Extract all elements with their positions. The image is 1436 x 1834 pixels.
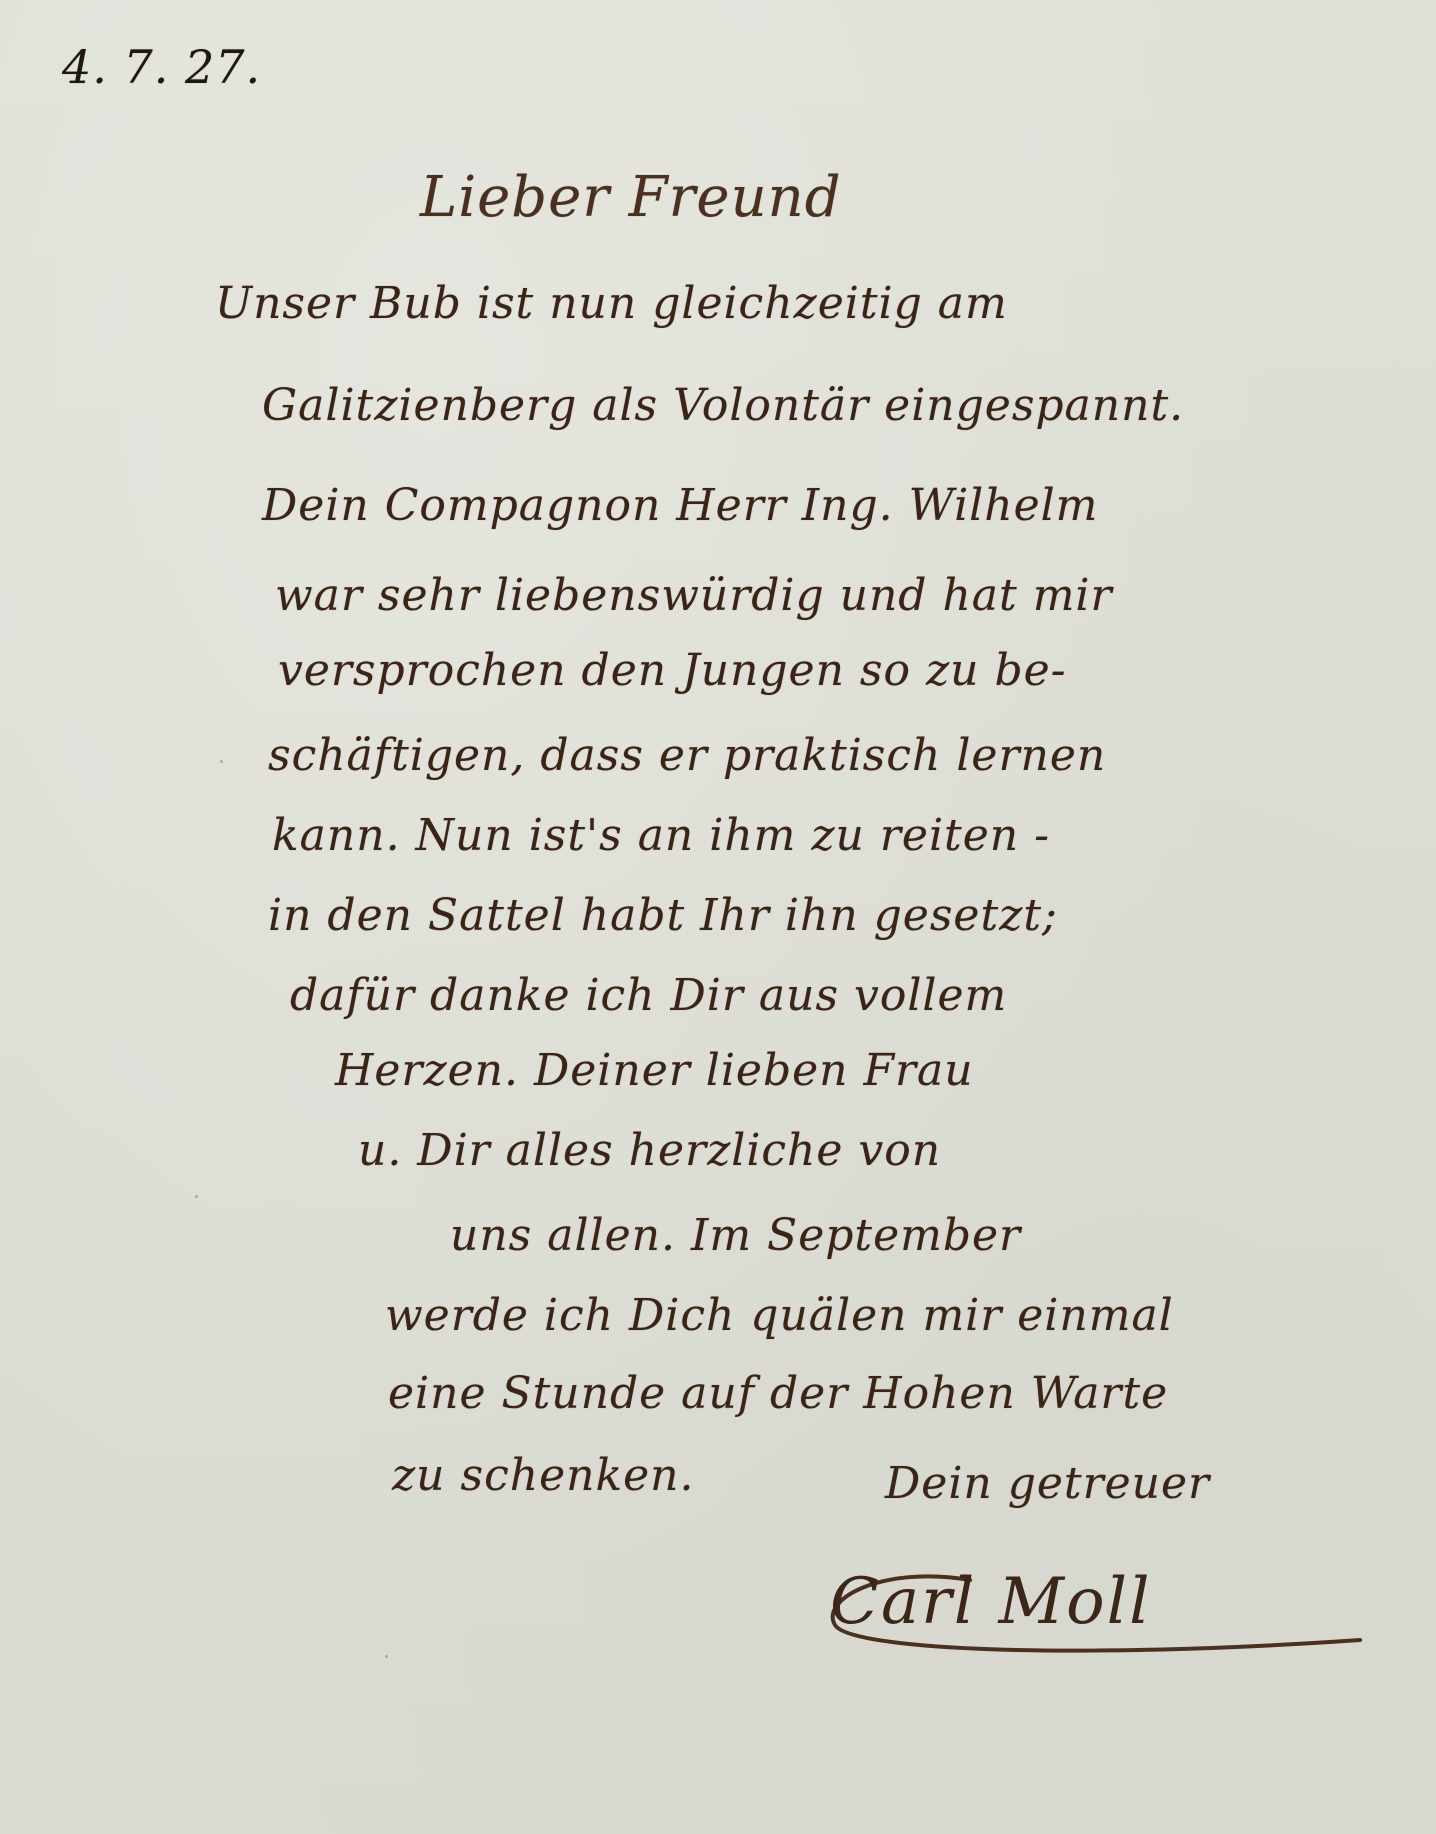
paper-speck [385,1655,388,1658]
body-line: kann. Nun ist's an ihm zu reiten - [272,810,1050,861]
letter-closing: Dein getreuer [885,1458,1210,1509]
body-line: Herzen. Deiner lieben Frau [335,1045,974,1096]
body-line: zu schenken. [392,1450,694,1501]
body-line: Galitzienberg als Volontär eingespannt. [262,380,1184,431]
body-line: in den Sattel habt Ihr ihn gesetzt; [268,890,1058,941]
letter-signature: Carl Moll [830,1565,1152,1639]
letter-salutation: Lieber Freund [420,165,842,230]
body-line: eine Stunde auf der Hohen Warte [388,1368,1168,1419]
letter-page: 4. 7. 27. Lieber Freund Unser Bub ist nu… [0,0,1436,1834]
paper-speck [220,760,223,763]
body-line: Dein Compagnon Herr Ing. Wilhelm [262,480,1098,531]
body-line: versprochen den Jungen so zu be- [278,645,1067,696]
body-line: war sehr liebenswürdig und hat mir [275,570,1113,621]
body-line: uns allen. Im September [450,1210,1021,1261]
body-line: werde ich Dich quälen mir einmal [385,1290,1174,1341]
body-line: Unser Bub ist nun gleichzeitig am [215,278,1008,329]
body-line: u. Dir alles herzliche von [358,1125,941,1176]
body-line: dafür danke ich Dir aus vollem [290,970,1007,1021]
body-line: schäftigen, dass er praktisch lernen [268,730,1106,781]
letter-date: 4. 7. 27. [62,40,261,94]
paper-speck [195,1195,198,1198]
